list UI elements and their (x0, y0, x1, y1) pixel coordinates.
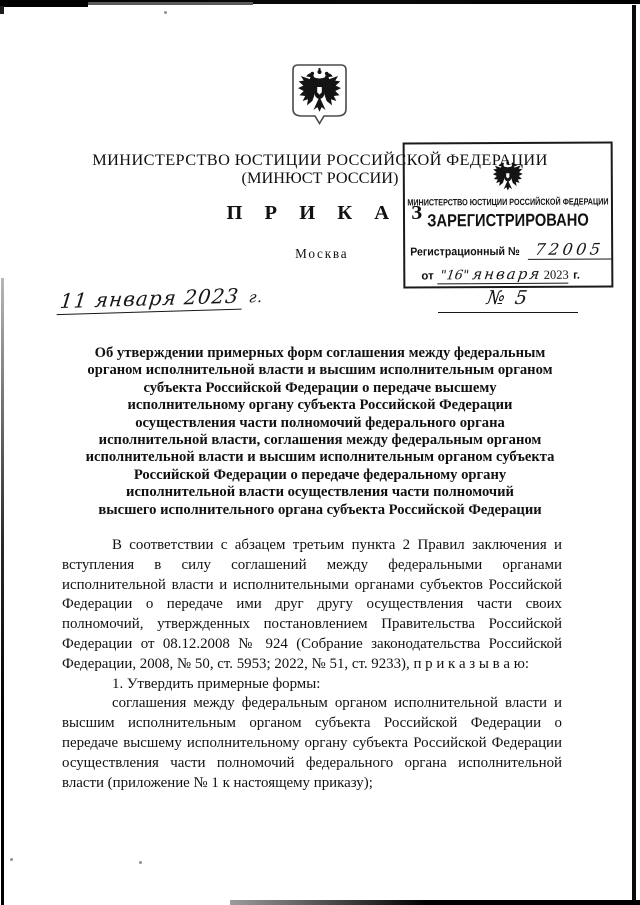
order-title-line: органом исполнительной власти и высшим и… (70, 362, 570, 379)
scan-artifact-corner-tick (0, 6, 4, 14)
issue-date-handwritten: 11 января 2023 г. (58, 283, 264, 315)
scan-speck (139, 861, 142, 864)
coat-of-arms-emblem (291, 64, 348, 130)
order-title-line: Российской Федерации о передаче федераль… (70, 467, 570, 484)
issue-date-value: 11 января 2023 (57, 284, 245, 316)
order-title-line: высшего исполнительного органа субъекта … (70, 502, 570, 519)
stamp-reg-number-label: Регистрационный № (410, 246, 520, 259)
order-body: В соответствии с абзацем третьим пункта … (62, 536, 562, 793)
document-number-value: № 5 (485, 287, 530, 309)
stamp-reg-number-row: Регистрационный №72005 (410, 239, 614, 260)
issue-date-suffix: г. (248, 288, 264, 306)
body-paragraph-2: соглашения между федеральным органом исп… (62, 694, 562, 793)
order-title-line: исполнительной власти осуществления част… (70, 484, 570, 501)
body-paragraph-1: В соответствии с абзацем третьим пункта … (62, 536, 562, 675)
stamp-date-month-year: января2023 (471, 266, 569, 285)
order-title-line: исполнительному органу субъекта Российск… (70, 397, 570, 414)
order-title-line: субъекта Российской Федерации о передаче… (70, 380, 570, 397)
stamp-ministry-line: МИНИСТЕРСТВО ЮСТИЦИИ РОССИЙСКОЙ ФЕДЕРАЦИ… (407, 196, 608, 207)
order-title: Об утверждении примерных форм соглашения… (70, 345, 570, 519)
stamp-date-month: января (469, 265, 544, 283)
stamp-date-suffix: г. (573, 270, 580, 282)
stamp-date-from: от (421, 270, 433, 282)
registration-stamp: МИНИСТЕРСТВО ЮСТИЦИИ РОССИЙСКОЙ ФЕДЕРАЦИ… (403, 141, 614, 288)
stamp-reg-number-value: 72005 (528, 239, 615, 259)
order-title-line: исполнительной власти, соглашения между … (70, 432, 570, 449)
order-title-line: исполнительной власти и высшим исполните… (70, 449, 570, 466)
order-title-line: осуществления части полномочий федеральн… (70, 415, 570, 432)
stamp-date-row: от "16"января2023 г. (421, 265, 580, 285)
scan-artifact-right-line (632, 5, 636, 905)
scan-artifact-top-left (0, 0, 88, 7)
stamp-eagle-icon (490, 160, 526, 192)
body-item-1: 1. Утвердить примерные формы: (62, 675, 562, 695)
scan-speck (10, 858, 13, 861)
scan-artifact-bottom-bar (230, 900, 640, 905)
order-title-line: Об утверждении примерных форм соглашения… (70, 345, 570, 362)
scanned-document-page: МИНИСТЕРСТВО ЮСТИЦИИ РОССИЙСКОЙ ФЕДЕРАЦИ… (0, 0, 640, 905)
stamp-date-day: "16" (437, 268, 472, 284)
scan-artifact-top-strip (88, 2, 253, 5)
stamp-date-year: 2023 (544, 268, 569, 282)
scan-speck (164, 11, 167, 14)
scan-artifact-left-line (1, 278, 4, 905)
stamp-registered-label: ЗАРЕГИСТРИРОВАНО (427, 210, 589, 232)
document-number-handwritten: № 5 (438, 287, 578, 313)
